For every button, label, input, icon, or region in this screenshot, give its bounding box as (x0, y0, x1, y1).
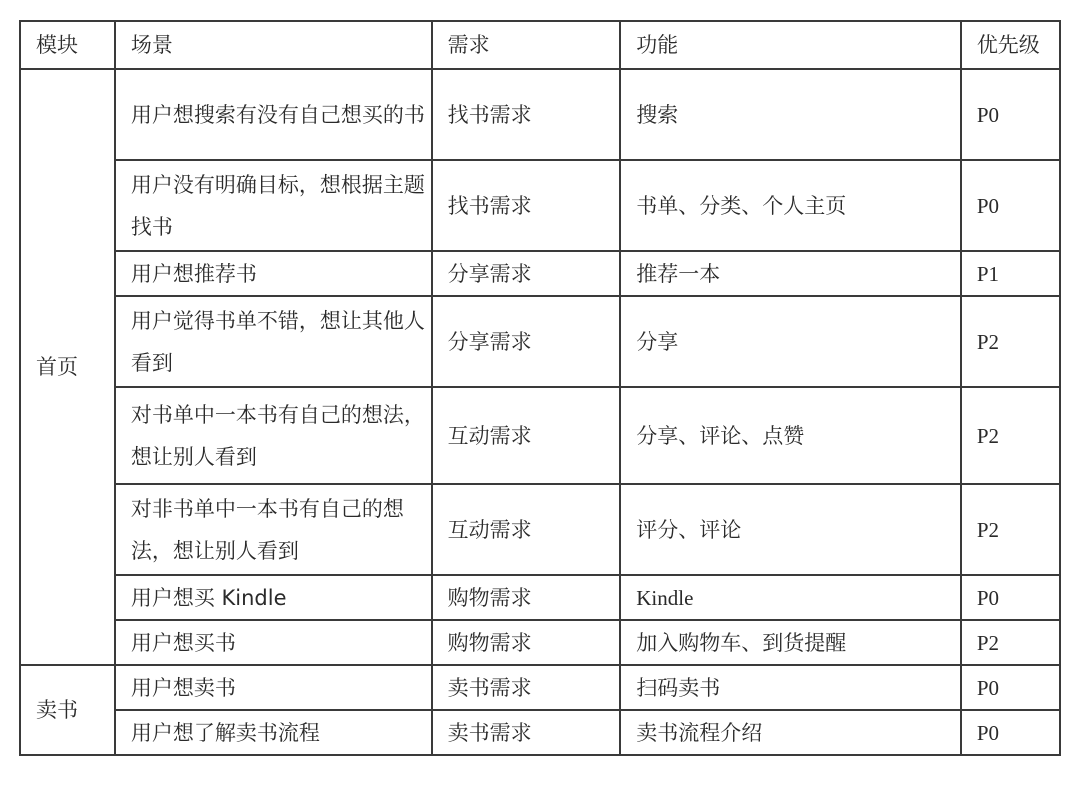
need-cell: 卖书需求 (432, 710, 621, 755)
module-cell: 首页 (20, 69, 115, 665)
table-row: 用户想推荐书 分享需求 推荐一本 P1 (20, 251, 1060, 296)
need-cell: 互动需求 (432, 484, 621, 575)
table-row: 卖书 用户想卖书 卖书需求 扫码卖书 P0 (20, 665, 1060, 710)
scene-cell: 用户想搜索有没有自己想买的书 (115, 69, 432, 160)
module-cell: 卖书 (20, 665, 115, 755)
header-module: 模块 (20, 21, 115, 69)
need-cell: 找书需求 (432, 160, 621, 251)
feature-cell: 分享、评论、点赞 (620, 387, 961, 484)
header-row: 模块 场景 需求 功能 优先级 (20, 21, 1060, 69)
scene-cell: 对非书单中一本书有自己的想法，想让别人看到 (115, 484, 432, 575)
need-cell: 找书需求 (432, 69, 621, 160)
priority-cell: P2 (961, 484, 1060, 575)
feature-cell: Kindle (620, 575, 961, 620)
priority-cell: P0 (961, 160, 1060, 251)
need-cell: 购物需求 (432, 620, 621, 665)
feature-cell: 搜索 (620, 69, 961, 160)
feature-cell: 加入购物车、到货提醒 (620, 620, 961, 665)
feature-cell: 推荐一本 (620, 251, 961, 296)
priority-cell: P1 (961, 251, 1060, 296)
scene-cell: 用户想了解卖书流程 (115, 710, 432, 755)
need-cell: 互动需求 (432, 387, 621, 484)
table-row: 用户想买书 购物需求 加入购物车、到货提醒 P2 (20, 620, 1060, 665)
need-cell: 卖书需求 (432, 665, 621, 710)
table-row: 用户没有明确目标，想根据主题找书 找书需求 书单、分类、个人主页 P0 (20, 160, 1060, 251)
table-row: 用户想买 Kindle 购物需求 Kindle P0 (20, 575, 1060, 620)
scene-cell: 对书单中一本书有自己的想法，想让别人看到 (115, 387, 432, 484)
feature-cell: 分享 (620, 296, 961, 387)
requirements-table: 模块 场景 需求 功能 优先级 首页 用户想搜索有没有自己想买的书 找书需求 搜… (19, 20, 1061, 756)
table-row: 首页 用户想搜索有没有自己想买的书 找书需求 搜索 P0 (20, 69, 1060, 160)
table-row: 用户觉得书单不错，想让其他人看到 分享需求 分享 P2 (20, 296, 1060, 387)
feature-cell: 卖书流程介绍 (620, 710, 961, 755)
feature-cell: 扫码卖书 (620, 665, 961, 710)
table-row: 对书单中一本书有自己的想法，想让别人看到 互动需求 分享、评论、点赞 P2 (20, 387, 1060, 484)
feature-cell: 书单、分类、个人主页 (620, 160, 961, 251)
priority-cell: P2 (961, 387, 1060, 484)
priority-cell: P2 (961, 296, 1060, 387)
table-row: 对非书单中一本书有自己的想法，想让别人看到 互动需求 评分、评论 P2 (20, 484, 1060, 575)
header-scene: 场景 (115, 21, 432, 69)
feature-cell: 评分、评论 (620, 484, 961, 575)
need-cell: 分享需求 (432, 251, 621, 296)
scene-cell: 用户想买书 (115, 620, 432, 665)
priority-cell: P0 (961, 69, 1060, 160)
header-priority: 优先级 (961, 21, 1060, 69)
scene-cell: 用户没有明确目标，想根据主题找书 (115, 160, 432, 251)
priority-cell: P0 (961, 575, 1060, 620)
scene-cell: 用户想卖书 (115, 665, 432, 710)
header-need: 需求 (432, 21, 621, 69)
priority-cell: P0 (961, 710, 1060, 755)
scene-cell: 用户想推荐书 (115, 251, 432, 296)
need-cell: 分享需求 (432, 296, 621, 387)
priority-cell: P0 (961, 665, 1060, 710)
scene-cell: 用户觉得书单不错，想让其他人看到 (115, 296, 432, 387)
header-feature: 功能 (620, 21, 961, 69)
scene-cell: 用户想买 Kindle (115, 575, 432, 620)
need-cell: 购物需求 (432, 575, 621, 620)
table-row: 用户想了解卖书流程 卖书需求 卖书流程介绍 P0 (20, 710, 1060, 755)
priority-cell: P2 (961, 620, 1060, 665)
